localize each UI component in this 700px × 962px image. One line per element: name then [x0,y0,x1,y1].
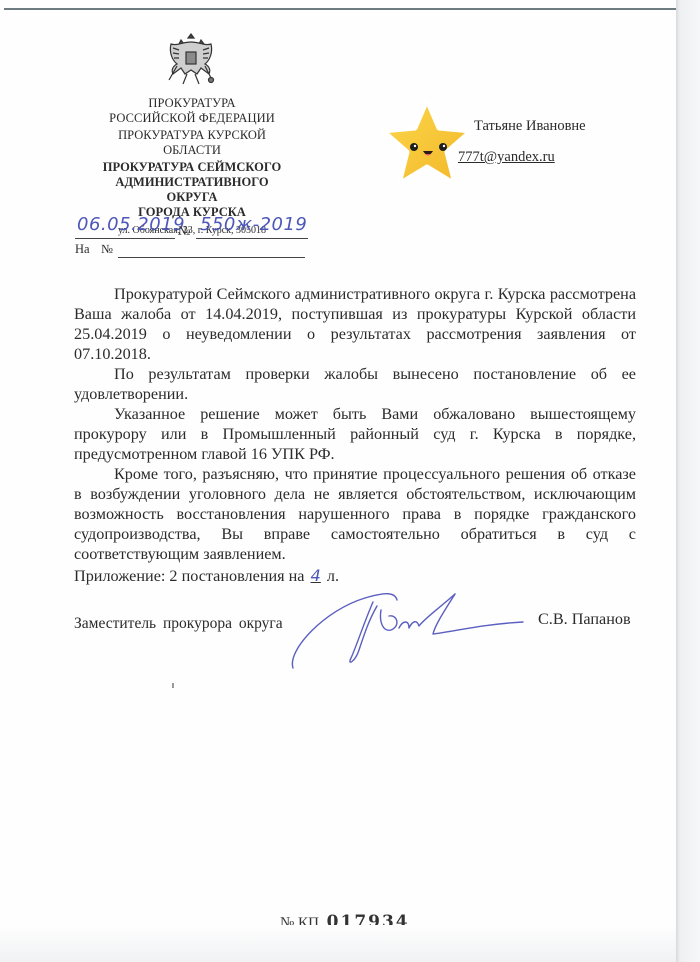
letter-body: Прокуратурой Сеймского административного… [74,284,636,564]
body-paragraph: Прокуратурой Сеймского административного… [74,284,636,364]
scan-bottom-shade [0,925,676,962]
number-underline [196,238,308,239]
signer-position: Заместитель прокурора округа [74,615,283,633]
recipient-name: Татьяне Ивановне [474,118,586,135]
scanned-letter-page: ПРОКУРАТУРА РОССИЙСКОЙ ФЕДЕРАЦИИ ПРОКУРА… [0,0,676,962]
date-underline [75,238,175,239]
recipient-email: 777t@yandex.ru [458,149,555,166]
letterhead-line: ПРОКУРАТУРА КУРСКОЙ ОБЛАСТИ [92,128,292,158]
body-paragraph: Указанное решение может быть Вами обжало… [74,404,636,464]
handwritten-outgoing-number: 550ж-2019 [200,214,307,235]
signer-name: С.В. Папанов [538,610,631,629]
attachment-prefix: Приложение: 2 постановления на [74,567,304,585]
reference-label: На [75,242,90,257]
letterhead-line: РОССИЙСКОЙ ФЕДЕРАЦИИ [92,111,292,126]
handwritten-signature-icon [285,580,525,690]
smiling-star-sticker-icon [377,96,477,192]
letterhead-bold-line: ПРОКУРАТУРА СЕЙМСКОГО [92,160,292,175]
scan-right-edge [676,0,700,962]
body-paragraph: Кроме того, разъясняю, что принятие проц… [74,464,636,564]
reference-underline [118,257,305,258]
number-sign: № [178,223,190,239]
handwritten-date: 06.05.2019 [77,214,185,235]
letterhead-bold-line: АДМИНИСТРАТИВНОГО ОКРУГА [92,175,292,205]
reference-number-sign: № [101,242,113,257]
body-paragraph: По результатам проверки жалобы вынесено … [74,364,636,404]
scan-mark [172,683,174,688]
russian-coat-of-arms-icon [163,30,219,88]
letterhead-line: ПРОКУРАТУРА [92,96,292,111]
scan-top-edge [4,8,676,10]
